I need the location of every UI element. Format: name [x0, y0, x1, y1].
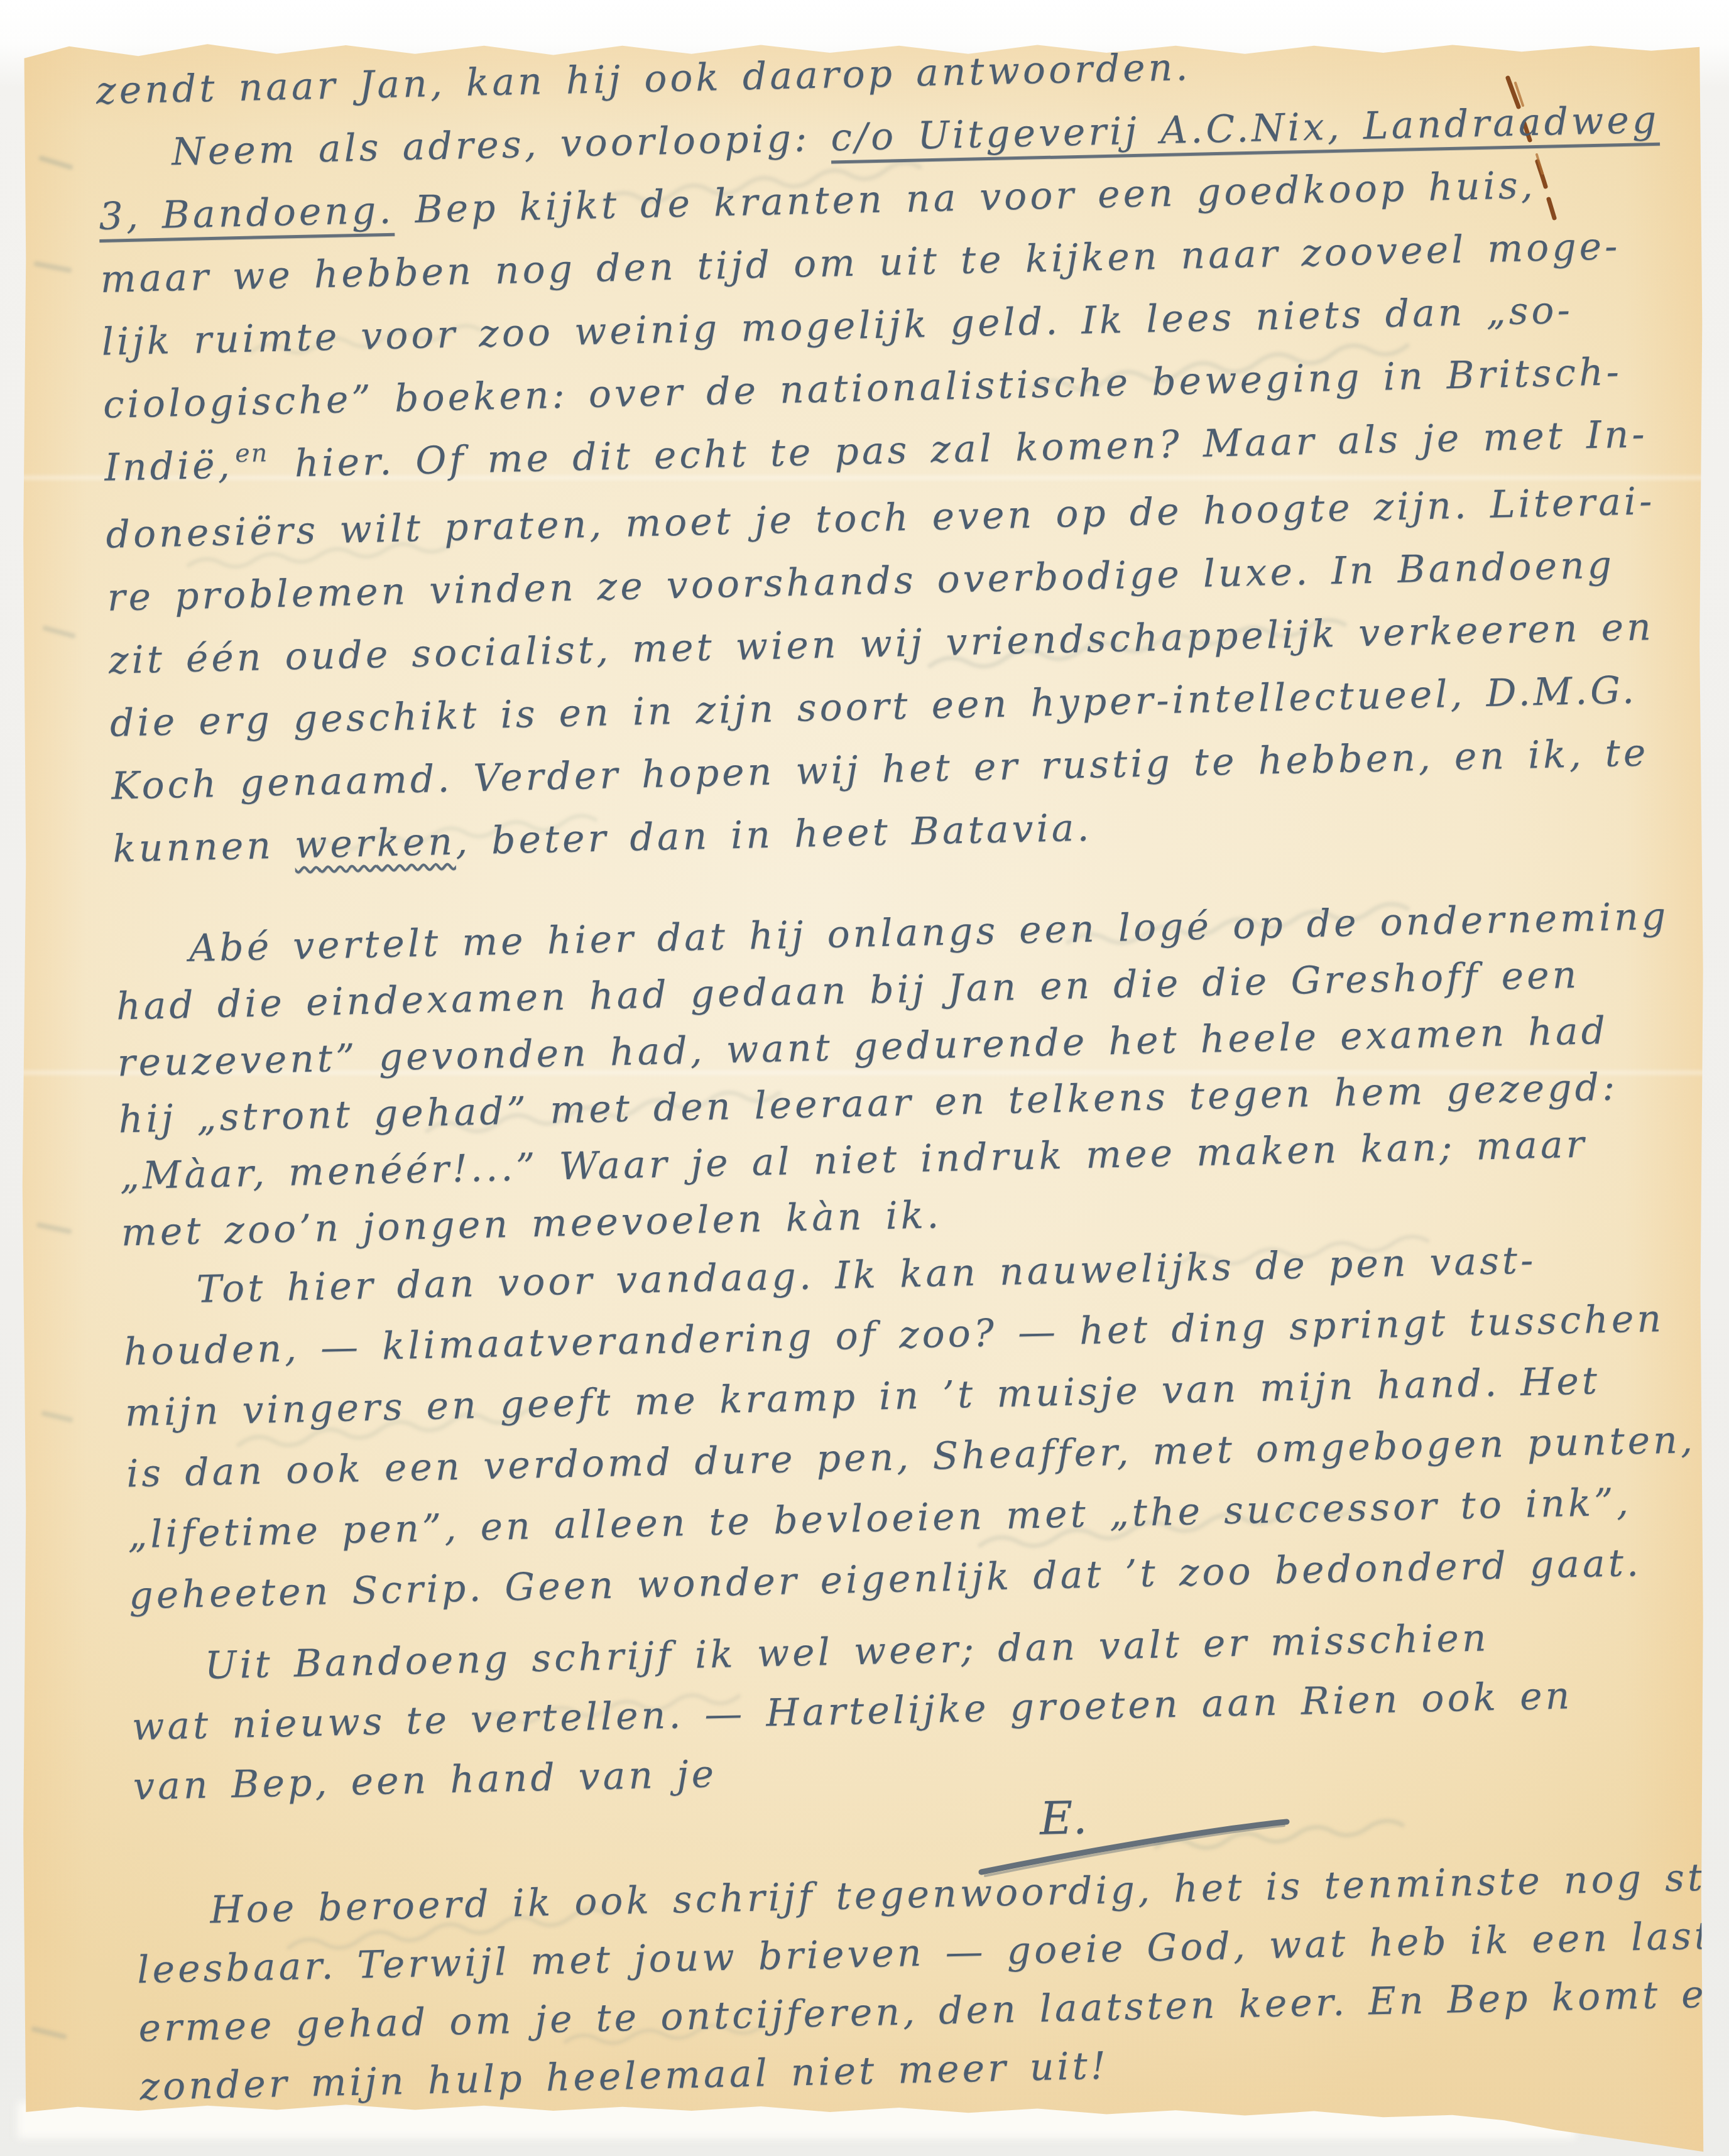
underlined-text: 3, Bandoeng.	[99, 188, 395, 239]
letter-page: zendt naar Jan, kan hij ook daarop antwo…	[0, 0, 1729, 2156]
letter-text-segment: van Bep, een hand van je	[133, 1752, 717, 1809]
letter-text-segment: kunnen	[112, 823, 295, 871]
letter-paragraph: Hoe beroerd ik ook schrijf tegenwoordig,…	[135, 1848, 1729, 2116]
signature-initial: E.	[1039, 1791, 1088, 1845]
letter-paragraph: Abé vertelt me hier dat hij onlangs een …	[114, 887, 1717, 1261]
letter-text-segment: Indië,	[104, 443, 233, 489]
letter-paragraph: Tot hier dan voor vandaag. Ik kan nauwel…	[122, 1226, 1725, 1626]
letter-text-segment: , beter dan in heet Batavia.	[455, 806, 1093, 864]
wavy-underlined-word: werken	[294, 820, 456, 868]
underlined-text: c/o Uitgeverij A.C.Nix, Landraadweg	[830, 98, 1659, 160]
letter-body: zendt naar Jan, kan hij ook daarop antwo…	[94, 0, 1729, 2155]
letter-text-segment: Neem als adres, voorloopig:	[172, 116, 831, 174]
inserted-word-above-line: en	[235, 439, 269, 469]
letter-paragraph: zendt naar Jan, kan hij ook daarop antwo…	[95, 25, 1709, 881]
letter-paragraph: Uit Bandoeng schrijf ik wel weer; dan va…	[130, 1603, 1729, 1817]
